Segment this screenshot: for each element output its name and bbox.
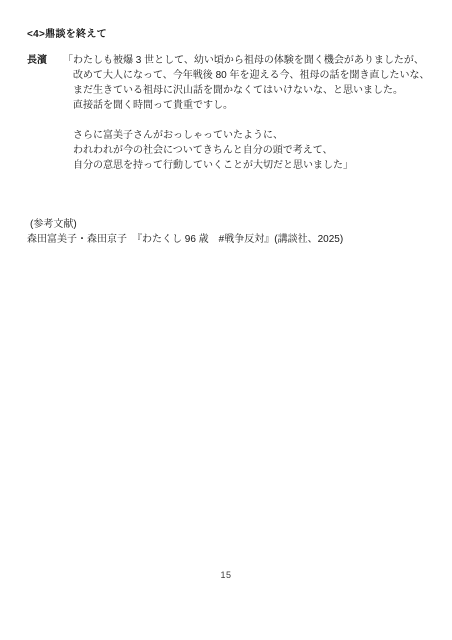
references-section: (参考文献) 森田富美子・森田京子 『わたくし 96 歳 #戦争反対』(講談社、… xyxy=(27,217,427,247)
quote-line: 「わたしも被爆 3 世として、幼い頃から祖母の体験を聞く機会がありましたが、 xyxy=(63,53,443,68)
dialogue-quote: 「わたしも被爆 3 世として、幼い頃から祖母の体験を聞く機会がありましたが、 改… xyxy=(63,53,443,173)
page-number: 15 xyxy=(0,570,452,580)
quote-line: われわれが今の社会についてきちんと自分の頭で考えて、 xyxy=(63,143,443,158)
references-heading: (参考文献) xyxy=(27,217,427,232)
quote-line: 改めて大人になって、今年戦後 80 年を迎える今、祖母の話を聞き直したいな、 xyxy=(63,68,443,83)
document-page: <4>鼎談を終えて 長濱 「わたしも被爆 3 世として、幼い頃から祖母の体験を聞… xyxy=(0,0,452,640)
quote-line: 自分の意思を持って行動していくことが大切だと思いました」 xyxy=(63,158,443,173)
speaker-label: 長濱 xyxy=(27,53,47,68)
section-heading: <4>鼎談を終えて xyxy=(27,25,107,40)
quote-line: まだ生きている祖母に沢山話を聞かなくてはいけないな、と思いました。 xyxy=(63,83,443,98)
quote-line: さらに富美子さんがおっしゃっていたように、 xyxy=(63,128,443,143)
reference-entry: 森田富美子・森田京子 『わたくし 96 歳 #戦争反対』(講談社、2025) xyxy=(27,232,427,247)
paragraph-spacer xyxy=(63,113,443,128)
quote-line: 直接話を聞く時間って貴重ですし。 xyxy=(63,98,443,113)
